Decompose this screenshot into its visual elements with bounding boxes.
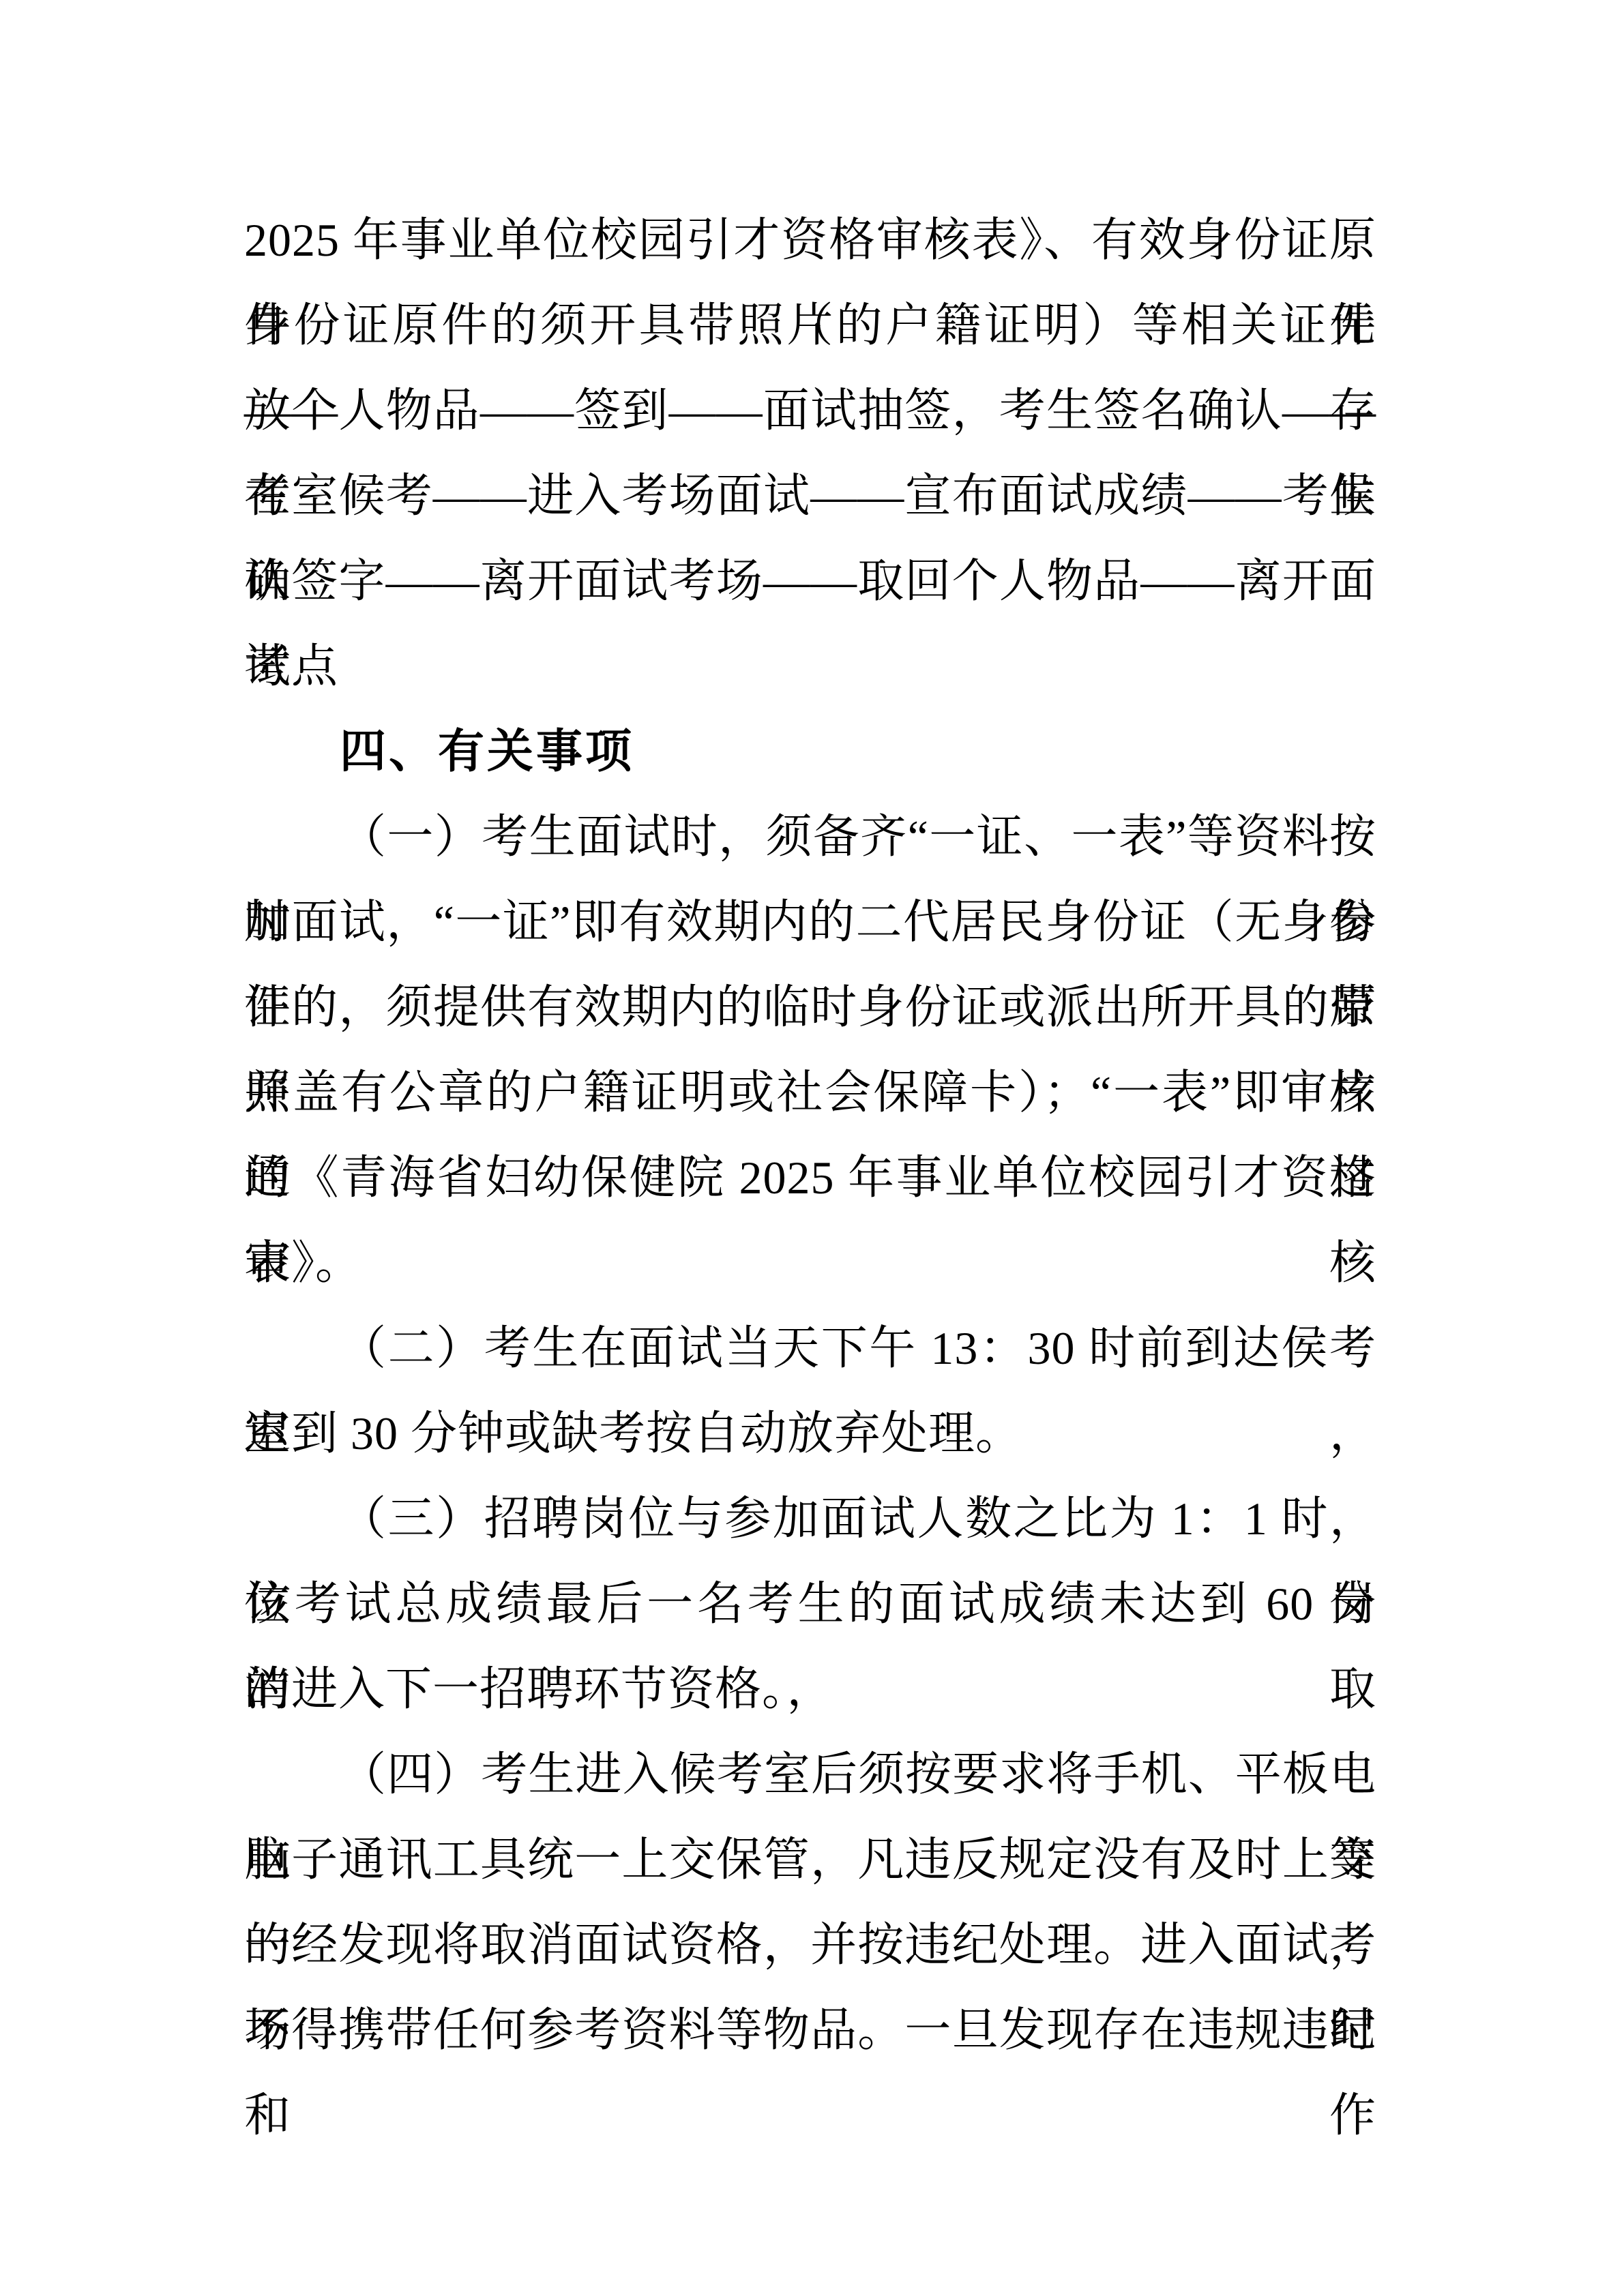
text-line-11: 并盖有公章的户籍证明或社会保障卡）；“一表”即审核通过 — [244, 1050, 1376, 1135]
text-line-6: 考点 — [244, 624, 1376, 709]
section-heading: 四、有关事项 — [244, 709, 1376, 794]
text-line-21: 一经发现将取消面试资格，并按违纪处理。进入面试考场时 — [244, 1903, 1376, 1988]
text-line-14: （二）考生在面试当天下午 13：30 时前到达侯考室， — [244, 1306, 1376, 1391]
text-line-20: 电子通讯工具统一上交保管，凡违反规定没有及时上交的， — [244, 1817, 1376, 1903]
text-line-8: （一）考生面试时，须备齐“一证、一表”等资料按时参 — [244, 794, 1376, 880]
text-line-3: 放个人物品——签到——面试抽签，考生签名确认——在候 — [244, 368, 1376, 453]
document-page: 2025 年事业单位校园引才资格审核表》、有效身份证原件（无 身份证原件的须开具… — [244, 198, 1376, 2073]
text-line-4: 考室候考——进入考场面试——宣布面试成绩——考生确 — [244, 453, 1376, 539]
text-line-5: 认签字——离开面试考场——取回个人物品——离开面试 — [244, 539, 1376, 624]
text-line-9: 加面试，“一证”即有效期内的二代居民身份证（无身份证原 — [244, 880, 1376, 965]
text-line-16: （三）招聘岗位与参加面试人数之比为 1：1 时，该岗 — [244, 1476, 1376, 1562]
text-line-12: 的《青海省妇幼保健院 2025 年事业单位校园引才资格审核 — [244, 1135, 1376, 1221]
text-line-1: 2025 年事业单位校园引才资格审核表》、有效身份证原件（无 — [244, 198, 1376, 283]
text-line-2: 身份证原件的须开具带照片的户籍证明）等相关证件——存 — [244, 283, 1376, 368]
text-line-19: （四）考生进入候考室后须按要求将手机、平板电脑等 — [244, 1732, 1376, 1817]
text-line-17: 位考试总成绩最后一名考生的面试成绩未达到 60 分的，取 — [244, 1562, 1376, 1647]
text-line-10: 件的，须提供有效期内的临时身份证或派出所开具的带照片 — [244, 965, 1376, 1050]
text-line-22: 不得携带任何参考资料等物品。一旦发现存在违规违纪和作 — [244, 1988, 1376, 2073]
